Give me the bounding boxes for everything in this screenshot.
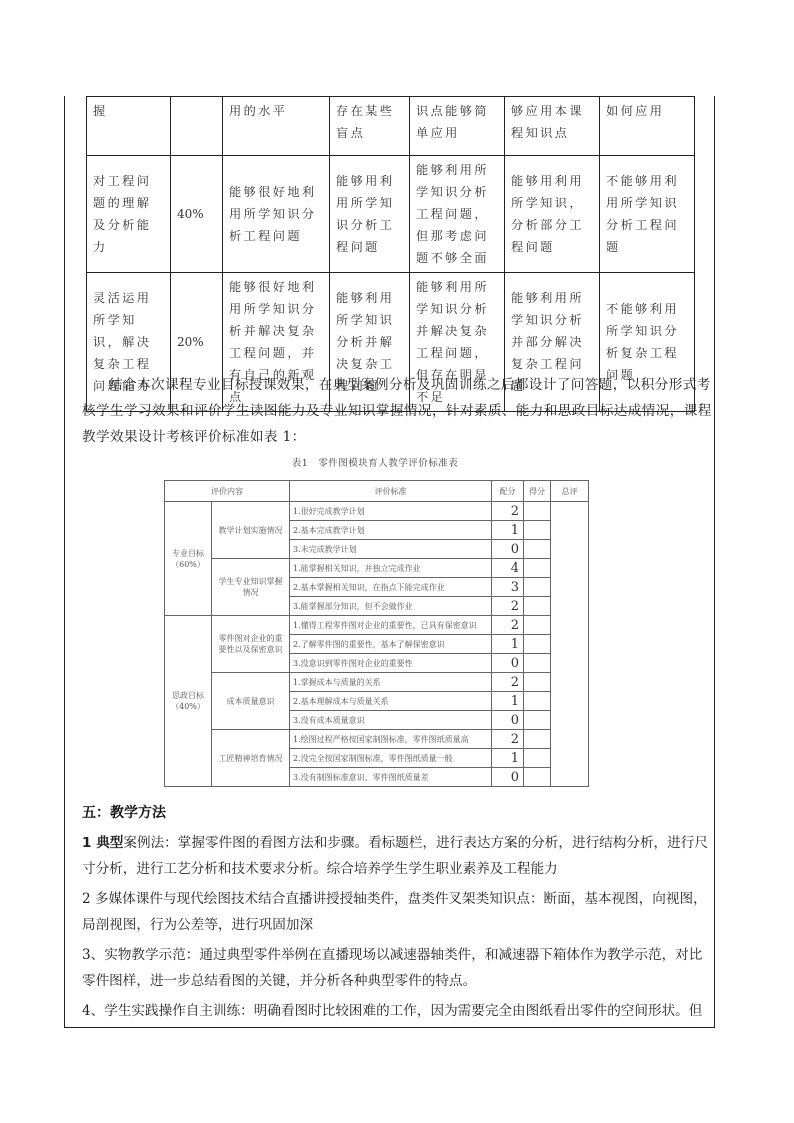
method-2: 2 多媒体课件与现代绘图技术结合直播讲授授轴类件，盘类件叉架类知识点：断面，基本…: [82, 886, 714, 938]
goal-weight: （40%）: [168, 701, 208, 712]
criterion-text: 3.未完成教学计划: [290, 540, 492, 559]
points-cell: 1: [492, 635, 524, 654]
goal-cell: 思政目标 （40%）: [165, 616, 212, 787]
total-cell[interactable]: [551, 502, 589, 787]
item-cell: 工匠精神培育情况: [212, 730, 290, 787]
intro-paragraph: 结合本次课程专业目标授课效果，在典型案例分析及巩固训练之后都设计了问答题，以积分…: [82, 372, 714, 450]
eval-row: 思政目标 （40%） 零件图对企业的重要性以及保密意识 1.懂得工程零件图对企业…: [165, 616, 589, 635]
criterion-text: 2.基本掌握相关知识，在指点下能完成作业: [290, 578, 492, 597]
criterion-text: 1.很好完成教学计划: [290, 502, 492, 521]
criterion-text: 2.没完全按国家制图标准，零件图纸质量一般: [290, 749, 492, 768]
points-cell: 1: [492, 692, 524, 711]
criterion-text: 1.掌握成本与质量的关系: [290, 673, 492, 692]
score-cell[interactable]: [524, 616, 551, 635]
score-cell[interactable]: [524, 768, 551, 787]
item-cell: 学生专业知识掌握情况: [212, 559, 290, 616]
criterion-text: 2.基本完成教学计划: [290, 521, 492, 540]
evaluation-table: 评价内容 评价标准 配分 得分 总评 专业目标 （60%） 教学计划实施情况 1…: [164, 480, 589, 787]
points-cell: 0: [492, 654, 524, 673]
item-cell: 教学计划实施情况: [212, 502, 290, 559]
level-cell: 能够利用所学知识分析工程问题，但那考虑问题不够全面: [410, 156, 505, 273]
score-cell[interactable]: [524, 635, 551, 654]
weight-cell: 40%: [171, 156, 223, 273]
method-4: 4、学生实践操作自主训练：明确看图时比较困难的工作，因为需要完全由图纸看出零件的…: [82, 998, 714, 1024]
section-title: 五：教学方法: [82, 802, 166, 822]
level-cell: 如何应用: [600, 97, 695, 156]
score-cell[interactable]: [524, 559, 551, 578]
table-caption: 表1 零件图模块育人教学评价标准表: [160, 455, 590, 469]
method-text: 2 多媒体课件与现代绘图技术结合直播讲授授轴类件，盘类件叉架类知识点：断面，基本…: [82, 891, 707, 933]
points-cell: 2: [492, 616, 524, 635]
score-cell[interactable]: [524, 597, 551, 616]
score-cell[interactable]: [524, 692, 551, 711]
method-lead: 1 典型: [82, 835, 123, 851]
score-cell[interactable]: [524, 654, 551, 673]
header-content: 评价内容: [165, 481, 290, 502]
criterion-text: 3.没意识到零件图对企业的重要性: [290, 654, 492, 673]
criterion-text: 3.没有制图标准意识、零件图纸质量差: [290, 768, 492, 787]
score-cell[interactable]: [524, 673, 551, 692]
goal-label: 专业目标: [168, 548, 208, 559]
criterion-text: 1.绘图过程严格按国家制图标准，零件图纸质量高: [290, 730, 492, 749]
method-text: 4、学生实践操作自主训练：明确看图时比较困难的工作，因为需要完全由图纸看出零件的…: [82, 1003, 702, 1019]
score-cell[interactable]: [524, 540, 551, 559]
eval-row: 成本质量意识 1.掌握成本与质量的关系 2: [165, 673, 589, 692]
eval-row: 工匠精神培育情况 1.绘图过程严格按国家制图标准，零件图纸质量高 2: [165, 730, 589, 749]
level-cell: 够应用本课程知识点: [505, 97, 600, 156]
method-1: 1 典型案例法：掌握零件图的看图方法和步骤。看标题栏，进行表达方案的分析，进行结…: [82, 830, 714, 882]
score-cell[interactable]: [524, 730, 551, 749]
rubric-table: 握 用的水平 存在某些盲点 识点能够简单应用 够应用本课程知识点 如何应用 对工…: [86, 96, 695, 412]
level-cell: 存在某些盲点: [330, 97, 410, 156]
item-cell: 成本质量意识: [212, 673, 290, 730]
method-text: 案例法：掌握零件图的看图方法和步骤。看标题栏，进行表达方案的分析，进行结构分析，…: [82, 835, 708, 877]
goal-label: 思政目标: [168, 690, 208, 701]
points-cell: 2: [492, 730, 524, 749]
item-cell: 零件图对企业的重要性以及保密意识: [212, 616, 290, 673]
method-text: 3、实物教学示范：通过典型零件举例在直播现场以减速器轴类件，和减速器下箱体作为教…: [82, 947, 702, 989]
level-cell: 识点能够简单应用: [410, 97, 505, 156]
level-cell: 能够用利用所学知识，分析部分工程问题: [505, 156, 600, 273]
points-cell: 4: [492, 559, 524, 578]
criterion-text: 1.懂得工程零件图对企业的重要性，已具有保密意识: [290, 616, 492, 635]
eval-header-row: 评价内容 评价标准 配分 得分 总评: [165, 481, 589, 502]
level-cell: 用的水平: [223, 97, 330, 156]
rubric-row: 对工程问题的理解及分析能力 40% 能够很好地利用所学知识分析工程问题 能够用利…: [87, 156, 695, 273]
points-cell: 2: [492, 597, 524, 616]
method-3: 3、实物教学示范：通过典型零件举例在直播现场以减速器轴类件，和减速器下箱体作为教…: [82, 942, 714, 994]
score-cell[interactable]: [524, 502, 551, 521]
criterion-cell: 握: [87, 97, 171, 156]
criterion-text: 1.能掌握相关知识，并独立完成作业: [290, 559, 492, 578]
points-cell: 1: [492, 749, 524, 768]
score-cell[interactable]: [524, 578, 551, 597]
header-total: 总评: [551, 481, 589, 502]
points-cell: 2: [492, 673, 524, 692]
level-cell: 能够很好地利用所学知识分析工程问题: [223, 156, 330, 273]
points-cell: 0: [492, 768, 524, 787]
points-cell: 0: [492, 711, 524, 730]
header-standard: 评价标准: [290, 481, 492, 502]
goal-cell: 专业目标 （60%）: [165, 502, 212, 616]
score-cell[interactable]: [524, 749, 551, 768]
score-cell[interactable]: [524, 711, 551, 730]
header-score: 得分: [524, 481, 551, 502]
goal-weight: （60%）: [168, 559, 208, 570]
points-cell: 1: [492, 521, 524, 540]
criterion-text: 2.了解零件图的重要性，基本了解保密意识: [290, 635, 492, 654]
level-cell: 能够用利用所学知识分析工程问题: [330, 156, 410, 273]
eval-row: 学生专业知识掌握情况 1.能掌握相关知识，并独立完成作业 4: [165, 559, 589, 578]
points-cell: 3: [492, 578, 524, 597]
points-cell: 2: [492, 502, 524, 521]
header-points: 配分: [492, 481, 524, 502]
eval-row: 专业目标 （60%） 教学计划实施情况 1.很好完成教学计划 2: [165, 502, 589, 521]
rubric-row: 握 用的水平 存在某些盲点 识点能够简单应用 够应用本课程知识点 如何应用: [87, 97, 695, 156]
score-cell[interactable]: [524, 521, 551, 540]
weight-cell: [171, 97, 223, 156]
level-cell: 不能够用利用所学知识分析工程问题: [600, 156, 695, 273]
criterion-text: 3.没有成本质量意识: [290, 711, 492, 730]
criterion-cell: 对工程问题的理解及分析能力: [87, 156, 171, 273]
points-cell: 0: [492, 540, 524, 559]
criterion-text: 3.能掌握部分知识，但不会做作业: [290, 597, 492, 616]
criterion-text: 2.基本理解成本与质量关系: [290, 692, 492, 711]
